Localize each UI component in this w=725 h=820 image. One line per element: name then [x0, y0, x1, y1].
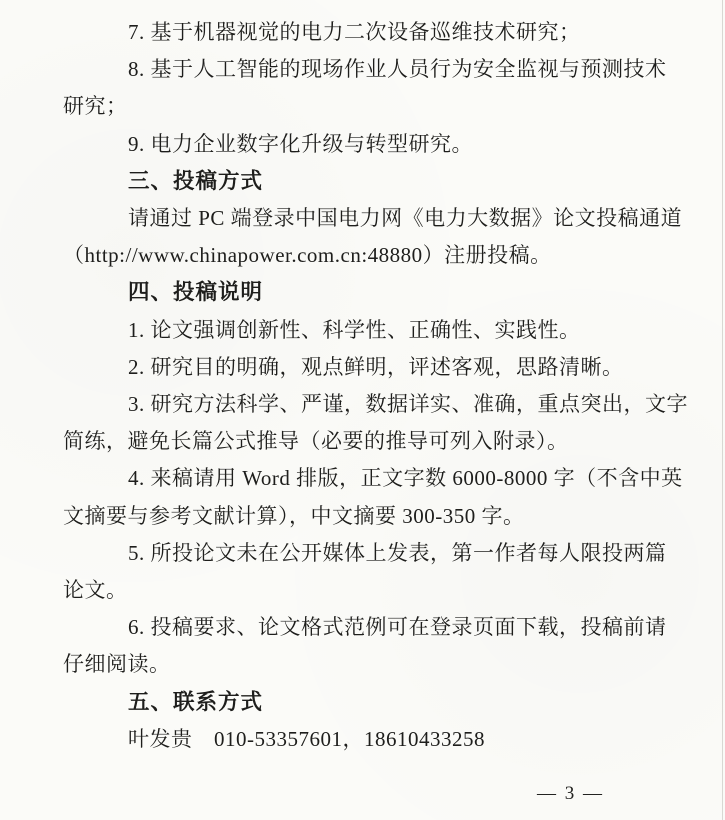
document-lines: 7. 基于机器视觉的电力二次设备巡维技术研究；8. 基于人工智能的现场作业人员行… — [63, 14, 629, 758]
document-line: 研究； — [63, 88, 629, 125]
section-heading: 三、投稿方式 — [63, 163, 629, 200]
document-line: 仔细阅读。 — [63, 646, 629, 683]
document-line: 1. 论文强调创新性、科学性、正确性、实践性。 — [63, 312, 629, 349]
scan-artifact-line — [722, 0, 723, 820]
section-heading: 五、联系方式 — [63, 684, 629, 721]
section-heading: 四、投稿说明 — [63, 274, 629, 311]
document-body: 7. 基于机器视觉的电力二次设备巡维技术研究；8. 基于人工智能的现场作业人员行… — [0, 14, 725, 758]
document-line: 5. 所投论文未在公开媒体上发表，第一作者每人限投两篇 — [63, 535, 629, 572]
document-line: 论文。 — [63, 572, 629, 609]
document-line: 8. 基于人工智能的现场作业人员行为安全监视与预测技术 — [63, 51, 629, 88]
document-line: 叶发贵 010-53357601，18610433258 — [63, 721, 629, 758]
document-line: 7. 基于机器视觉的电力二次设备巡维技术研究； — [63, 14, 629, 51]
document-line: 文摘要与参考文献计算），中文摘要 300-350 字。 — [63, 498, 629, 535]
scanned-document-page: 7. 基于机器视觉的电力二次设备巡维技术研究；8. 基于人工智能的现场作业人员行… — [0, 0, 725, 820]
document-line: 请通过 PC 端登录中国电力网《电力大数据》论文投稿通道 — [63, 200, 629, 237]
document-line: 简练，避免长篇公式推导（必要的推导可列入附录）。 — [63, 423, 629, 460]
document-line: 4. 来稿请用 Word 排版，正文字数 6000-8000 字（不含中英 — [63, 460, 629, 497]
document-line: 6. 投稿要求、论文格式范例可在登录页面下载，投稿前请 — [63, 609, 629, 646]
document-line: 9. 电力企业数字化升级与转型研究。 — [63, 126, 629, 163]
page-number: — 3 — — [537, 783, 604, 805]
document-line: 3. 研究方法科学、严谨，数据详实、准确，重点突出，文字 — [63, 386, 629, 423]
document-line: 2. 研究目的明确，观点鲜明，评述客观，思路清晰。 — [63, 349, 629, 386]
document-line: （http://www.chinapower.com.cn:48880）注册投稿… — [63, 237, 629, 274]
